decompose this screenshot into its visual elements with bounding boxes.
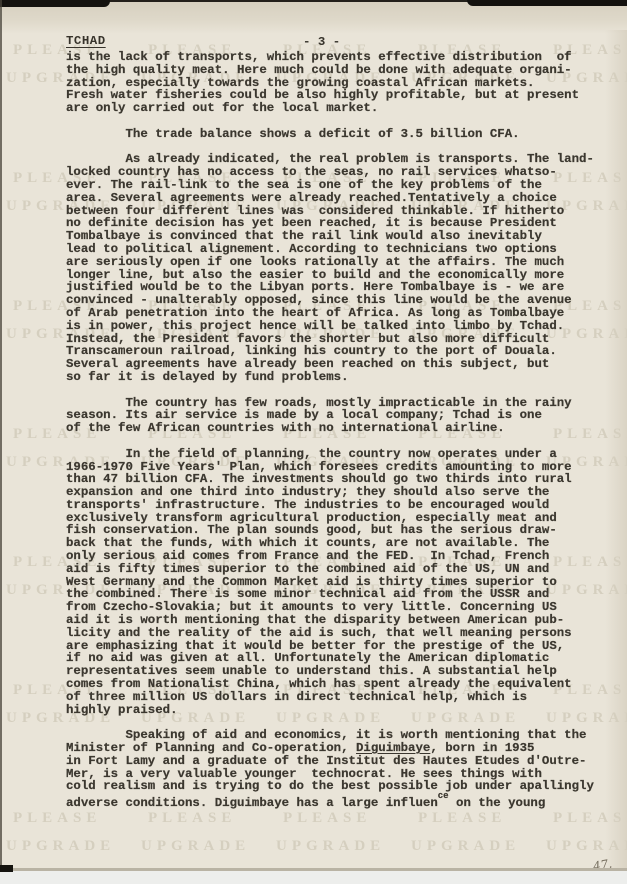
paragraph-transports-meat: is the lack of transports, which prevent… [66, 51, 611, 115]
paragraph-trade-balance: The trade balance shows a deficit of 3.5… [66, 128, 611, 141]
watermark-word: UPGRADE [141, 838, 250, 855]
watermark-word: UPGRADE [6, 838, 115, 855]
watermark-word: UPGRADE [411, 838, 520, 855]
scan-edge-top-right [467, 0, 627, 6]
paragraph-planning-aid: In the field of planning, the country no… [66, 448, 611, 717]
document-body: is the lack of transports, which prevent… [66, 51, 611, 823]
page-number: - 3 - [303, 35, 340, 49]
watermark-word: UPGRADE [276, 838, 385, 855]
paragraph-diguimbaye: Speaking of aid and economics, it is wor… [66, 729, 611, 810]
scanned-document-page: PLEASEPLEASEPLEASEPLEASEPLEASEUPGRADEUPG… [0, 0, 627, 884]
paragraph-rail-link: As already indicated, the real problem i… [66, 153, 611, 383]
scan-edge-top-left [0, 0, 110, 7]
document-title: TCHAD [66, 34, 106, 48]
paragraph-roads-airline: The country has few roads, mostly imprac… [66, 397, 611, 435]
scan-edge-left [0, 0, 2, 872]
scanner-background [0, 871, 627, 884]
scan-edge-bottom-left [0, 865, 13, 872]
